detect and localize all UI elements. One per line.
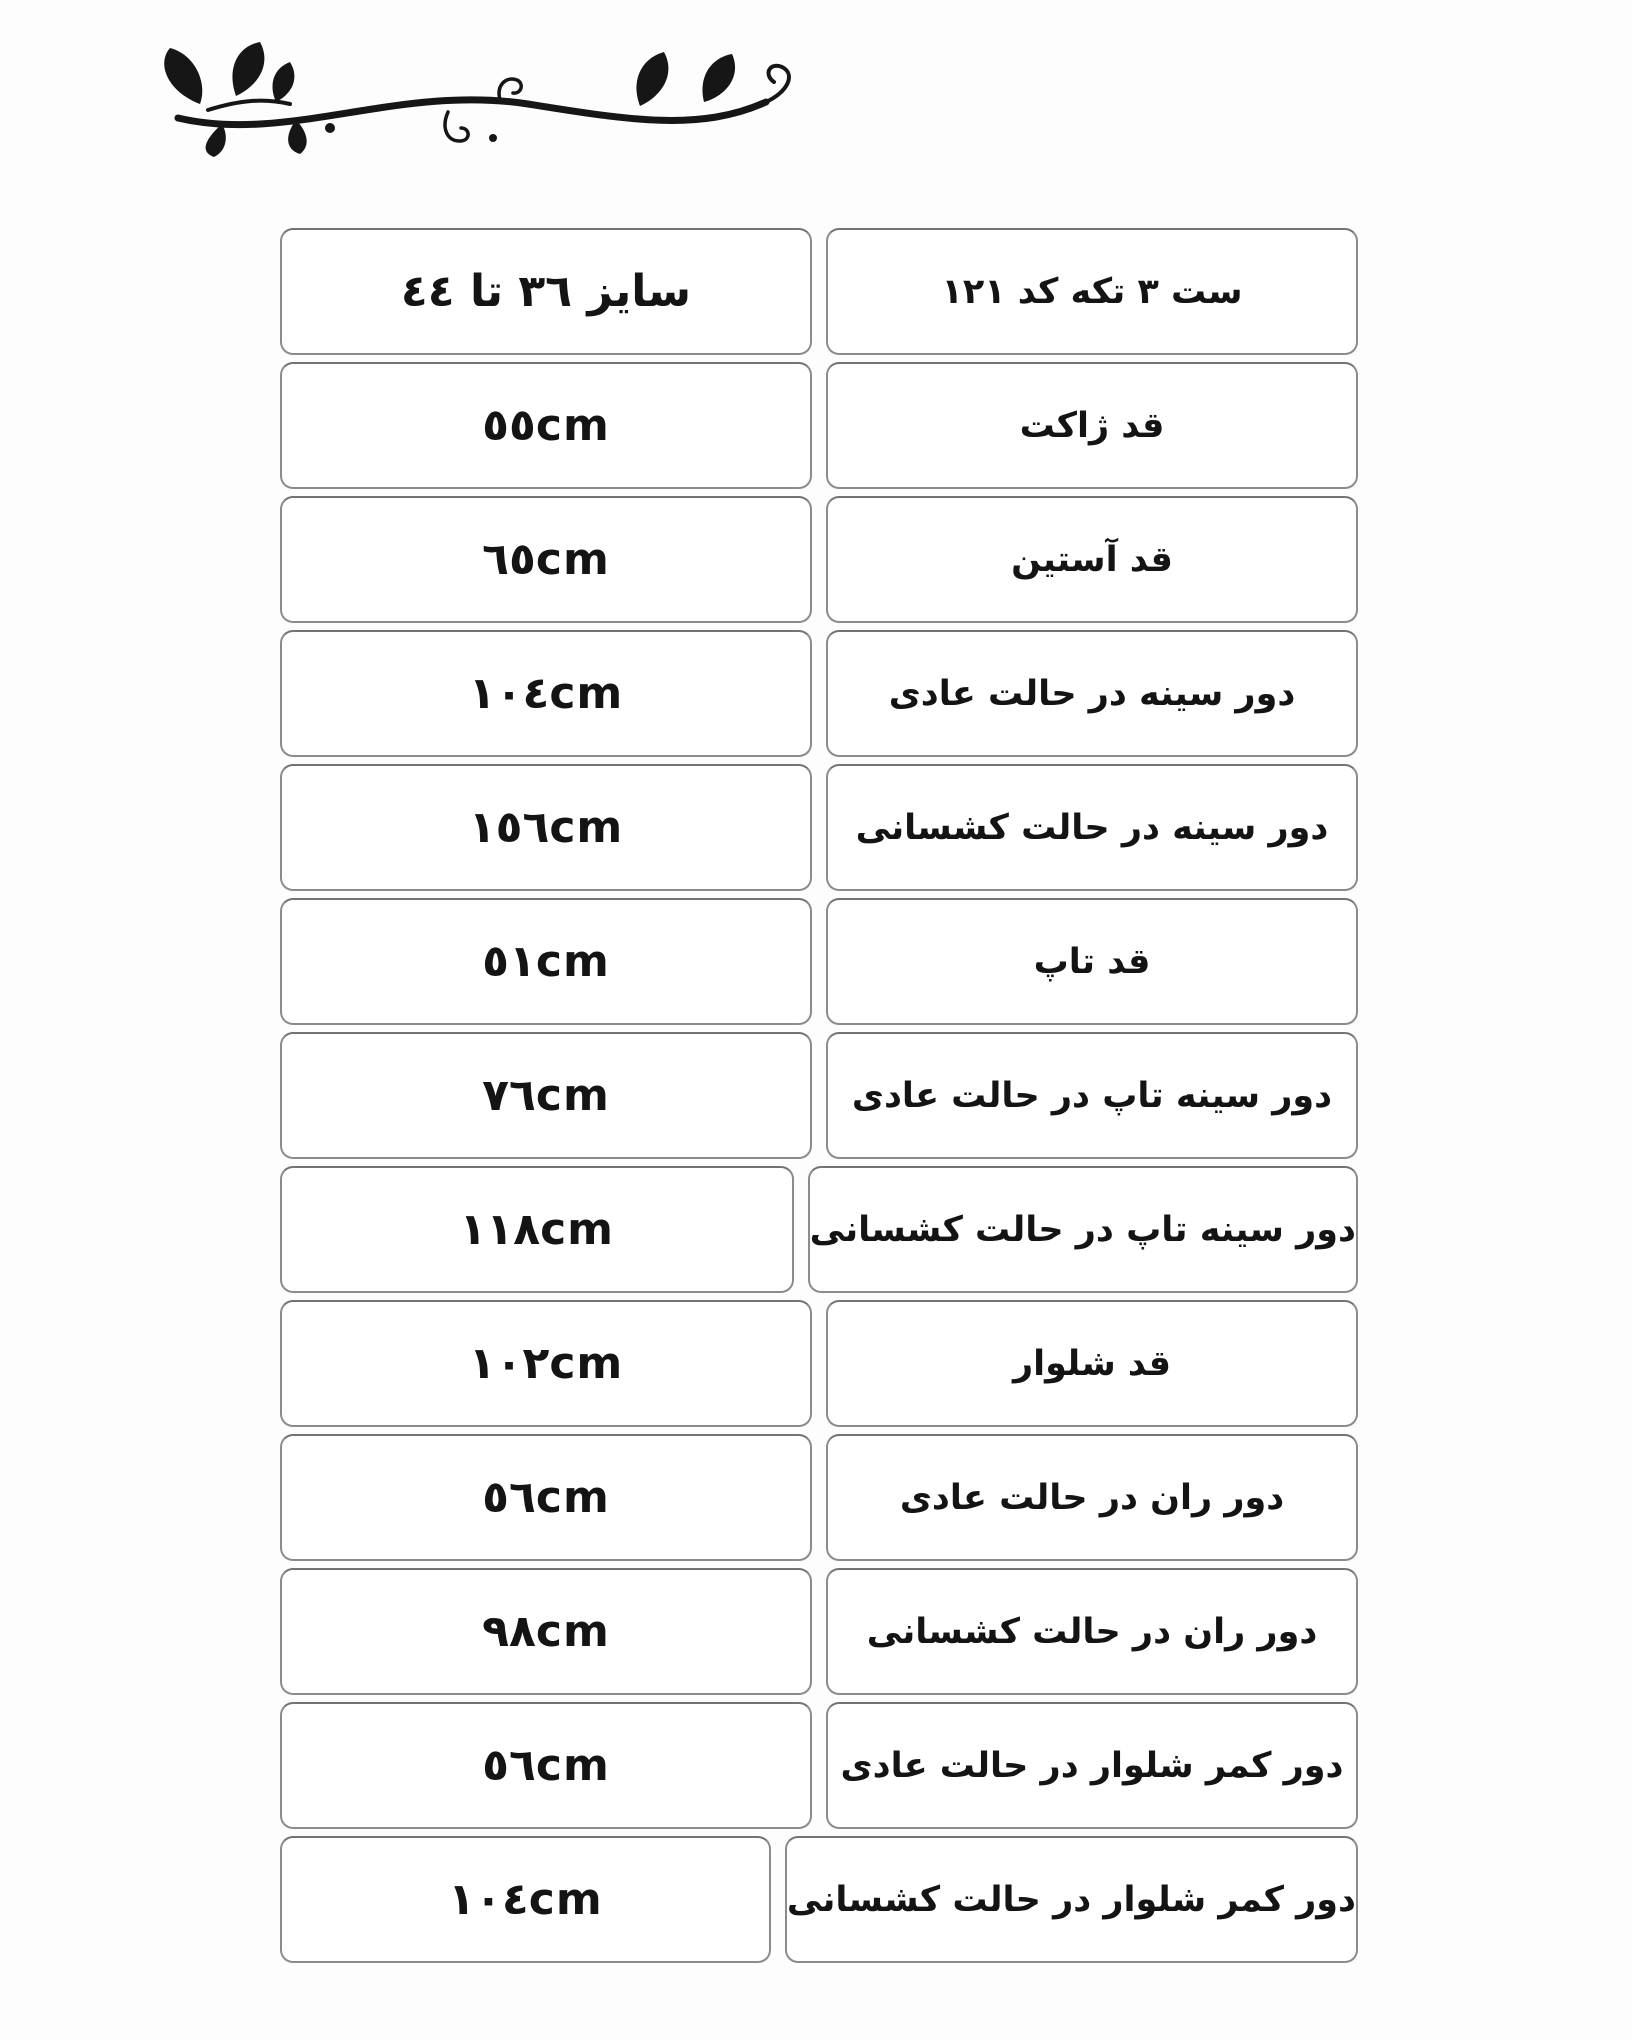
table-row: ٥١cm قد تاپ (280, 898, 1358, 1025)
size-value-cell: ١٥٦cm (280, 764, 812, 891)
measurement-label-cell: دور کمر شلوار در حالت کشسانی (785, 1836, 1358, 1963)
measurement-label-cell: دور ران در حالت کشسانی (826, 1568, 1358, 1695)
table-row: ٥٦cm دور کمر شلوار در حالت عادی (280, 1702, 1358, 1829)
table-row: ١٠٤cm دور سینه در حالت عادی (280, 630, 1358, 757)
measurement-label-cell: دور سینه در حالت کشسانی (826, 764, 1358, 891)
table-row: ١٥٦cm دور سینه در حالت کشسانی (280, 764, 1358, 891)
size-value-cell: سایز ٣٦ تا ٤٤ (280, 228, 812, 355)
table-row: ١٠٢cm قد شلوار (280, 1300, 1358, 1427)
measurement-label-cell: ست ٣ تکه کد ١٢١ (826, 228, 1358, 355)
table-row: ٥٦cm دور ران در حالت عادی (280, 1434, 1358, 1561)
size-value-cell: ٥٦cm (280, 1434, 812, 1561)
measurement-label-cell: دور ران در حالت عادی (826, 1434, 1358, 1561)
size-value-cell: ٦٥cm (280, 496, 812, 623)
floral-vine-icon (148, 40, 808, 158)
measurement-label-cell: دور سینه تاپ در حالت عادی (826, 1032, 1358, 1159)
table-row: ٦٥cm قد آستین (280, 496, 1358, 623)
measurement-label-cell: دور سینه تاپ در حالت کشسانی (808, 1166, 1358, 1293)
measurement-label-cell: قد ژاکت (826, 362, 1358, 489)
table-row: ٥٥cm قد ژاکت (280, 362, 1358, 489)
size-value-cell: ٧٦cm (280, 1032, 812, 1159)
measurement-label-cell: قد شلوار (826, 1300, 1358, 1427)
measurement-label-cell: دور سینه در حالت عادی (826, 630, 1358, 757)
size-value-cell: ٥٦cm (280, 1702, 812, 1829)
measurement-label-cell: قد آستین (826, 496, 1358, 623)
table-row: ٩٨cm دور ران در حالت کشسانی (280, 1568, 1358, 1695)
size-value-cell: ٥١cm (280, 898, 812, 1025)
size-value-cell: ١١٨cm (280, 1166, 794, 1293)
table-row: ٧٦cm دور سینه تاپ در حالت عادی (280, 1032, 1358, 1159)
table-row: ١٠٤cm دور کمر شلوار در حالت کشسانی (280, 1836, 1358, 1963)
size-value-cell: ١٠٤cm (280, 1836, 771, 1963)
size-value-cell: ١٠٢cm (280, 1300, 812, 1427)
table-row: ١١٨cm دور سینه تاپ در حالت کشسانی (280, 1166, 1358, 1293)
floral-vine-decoration (148, 40, 808, 158)
measurement-label-cell: دور کمر شلوار در حالت عادی (826, 1702, 1358, 1829)
measurement-label-cell: قد تاپ (826, 898, 1358, 1025)
size-value-cell: ٩٨cm (280, 1568, 812, 1695)
size-value-cell: ١٠٤cm (280, 630, 812, 757)
table-row: سایز ٣٦ تا ٤٤ ست ٣ تکه کد ١٢١ (280, 228, 1358, 355)
size-table: سایز ٣٦ تا ٤٤ ست ٣ تکه کد ١٢١ ٥٥cm قد ژا… (280, 228, 1358, 1963)
size-value-cell: ٥٥cm (280, 362, 812, 489)
